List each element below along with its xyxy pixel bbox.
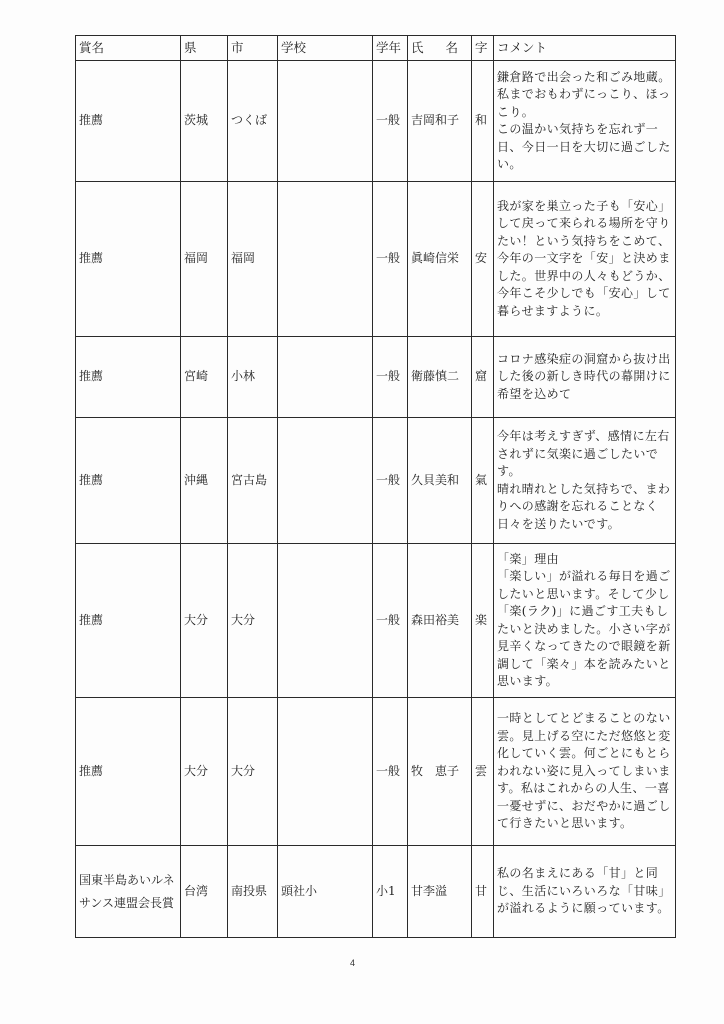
award-cell: 推薦 [76,544,181,698]
comment-paragraph: 一時としてとどまることのない雲。見上げる空にただ悠悠と変化していく雲。何ごとにも… [497,710,672,833]
comment-cell: 私の名まえにある「甘」と同じ、生活にいろいろな「甘味」が溢れるように願っています… [494,846,676,938]
table-row: 推薦 大分 大分 一般 牧 恵子 雲 一時としてとどまることのない雲。見上げる空… [76,698,676,846]
kanji-cell: 和 [472,61,494,182]
school-cell: 頭社小 [278,846,373,938]
grade-cell: 小1 [373,846,408,938]
document-page: 賞名 県 市 学校 学年 氏名 字 コメント 推薦 茨城 つくば 一般 吉岡和子… [0,0,724,1024]
school-cell [278,337,373,418]
comment-cell: 我が家を巣立った子も「安心」して戻って来られる場所を守りたい！という気持ちをこめ… [494,182,676,337]
school-cell [278,61,373,182]
header-name-left: 氏 [411,40,424,55]
city-cell: 大分 [228,544,278,698]
city-cell: 宮古島 [228,418,278,544]
prefecture-cell: 福岡 [181,182,228,337]
city-cell: 大分 [228,698,278,846]
comment-cell: コロナ感染症の洞窟から抜け出した後の新しき時代の幕開けに希望を込めて [494,337,676,418]
table-header-row: 賞名 県 市 学校 学年 氏名 字 コメント [76,36,676,61]
header-school: 学校 [278,36,373,61]
kanji-cell: 甘 [472,846,494,938]
school-cell [278,418,373,544]
comment-paragraph: 晴れ晴れとした気持ちで、まわりへの感謝を忘れることなく日々を送りたいです。 [497,481,672,534]
award-cell: 国東半島あいルネサンス連盟会長賞 [76,846,181,938]
kanji-cell: 雲 [472,698,494,846]
page-number: 4 [350,958,355,968]
name-cell: 衛藤慎二 [408,337,472,418]
table-row: 推薦 大分 大分 一般 森田裕美 楽 「楽」理由「楽しい」が溢れる毎日を過ごした… [76,544,676,698]
awards-table: 賞名 県 市 学校 学年 氏名 字 コメント 推薦 茨城 つくば 一般 吉岡和子… [75,35,676,938]
comment-paragraph: コロナ感染症の洞窟から抜け出した後の新しき時代の幕開けに希望を込めて [497,351,672,404]
table-row: 推薦 福岡 福岡 一般 眞崎信栄 安 我が家を巣立った子も「安心」して戻って来ら… [76,182,676,337]
name-cell: 甘李溢 [408,846,472,938]
city-cell: 小林 [228,337,278,418]
comment-cell: 鎌倉路で出会った和ごみ地蔵。私までおもわずにっこり、ほっこり。この温かい気持ちを… [494,61,676,182]
grade-cell: 一般 [373,418,408,544]
comment-paragraph: 鎌倉路で出会った和ごみ地蔵。私までおもわずにっこり、ほっこり。 [497,69,672,122]
prefecture-cell: 沖縄 [181,418,228,544]
prefecture-cell: 大分 [181,544,228,698]
comment-paragraph: 「楽」理由 [497,551,672,569]
comment-paragraph: この温かい気持ちを忘れず一日、今日一日を大切に過ごしたい。 [497,121,672,174]
header-name: 氏名 [408,36,472,61]
comment-cell: 「楽」理由「楽しい」が溢れる毎日を過ごしたいと思います。そして少し「楽(ラク)」… [494,544,676,698]
grade-cell: 一般 [373,182,408,337]
table-row: 推薦 宮崎 小林 一般 衛藤慎二 窟 コロナ感染症の洞窟から抜け出した後の新しき… [76,337,676,418]
grade-cell: 一般 [373,337,408,418]
comment-paragraph: 私の名まえにある「甘」と同じ、生活にいろいろな「甘味」が溢れるように願っています… [497,865,672,918]
award-cell: 推薦 [76,698,181,846]
name-cell: 吉岡和子 [408,61,472,182]
comment-paragraph: 我が家を巣立った子も「安心」して戻って来られる場所を守りたい！という気持ちをこめ… [497,198,672,321]
school-cell [278,182,373,337]
header-grade: 学年 [373,36,408,61]
kanji-cell: 安 [472,182,494,337]
city-cell: 福岡 [228,182,278,337]
name-cell: 久貝美和 [408,418,472,544]
header-prefecture: 県 [181,36,228,61]
name-cell: 眞崎信栄 [408,182,472,337]
table-row: 推薦 沖縄 宮古島 一般 久貝美和 氣 今年は考えすぎず、感情に左右されずに気楽… [76,418,676,544]
city-cell: 南投県 [228,846,278,938]
header-name-right: 名 [446,40,459,55]
header-comment: コメント [494,36,676,61]
header-char: 字 [472,36,494,61]
comment-cell: 今年は考えすぎず、感情に左右されずに気楽に過ごしたいです。晴れ晴れとした気持ちで… [494,418,676,544]
kanji-cell: 窟 [472,337,494,418]
comment-paragraph: 「楽しい」が溢れる毎日を過ごしたいと思います。そして少し「楽(ラク)」に過ごす工… [497,568,672,691]
grade-cell: 一般 [373,544,408,698]
prefecture-cell: 宮崎 [181,337,228,418]
name-cell: 牧 恵子 [408,698,472,846]
grade-cell: 一般 [373,698,408,846]
award-cell: 推薦 [76,182,181,337]
school-cell [278,544,373,698]
school-cell [278,698,373,846]
award-cell: 推薦 [76,61,181,182]
grade-cell: 一般 [373,61,408,182]
kanji-cell: 楽 [472,544,494,698]
city-cell: つくば [228,61,278,182]
award-cell: 推薦 [76,337,181,418]
table-row: 国東半島あいルネサンス連盟会長賞 台湾 南投県 頭社小 小1 甘李溢 甘 私の名… [76,846,676,938]
comment-paragraph: 今年は考えすぎず、感情に左右されずに気楽に過ごしたいです。 [497,428,672,481]
header-award: 賞名 [76,36,181,61]
kanji-cell: 氣 [472,418,494,544]
prefecture-cell: 大分 [181,698,228,846]
name-cell: 森田裕美 [408,544,472,698]
award-cell: 推薦 [76,418,181,544]
prefecture-cell: 茨城 [181,61,228,182]
comment-cell: 一時としてとどまることのない雲。見上げる空にただ悠悠と変化していく雲。何ごとにも… [494,698,676,846]
prefecture-cell: 台湾 [181,846,228,938]
table-row: 推薦 茨城 つくば 一般 吉岡和子 和 鎌倉路で出会った和ごみ地蔵。私までおもわ… [76,61,676,182]
header-city: 市 [228,36,278,61]
